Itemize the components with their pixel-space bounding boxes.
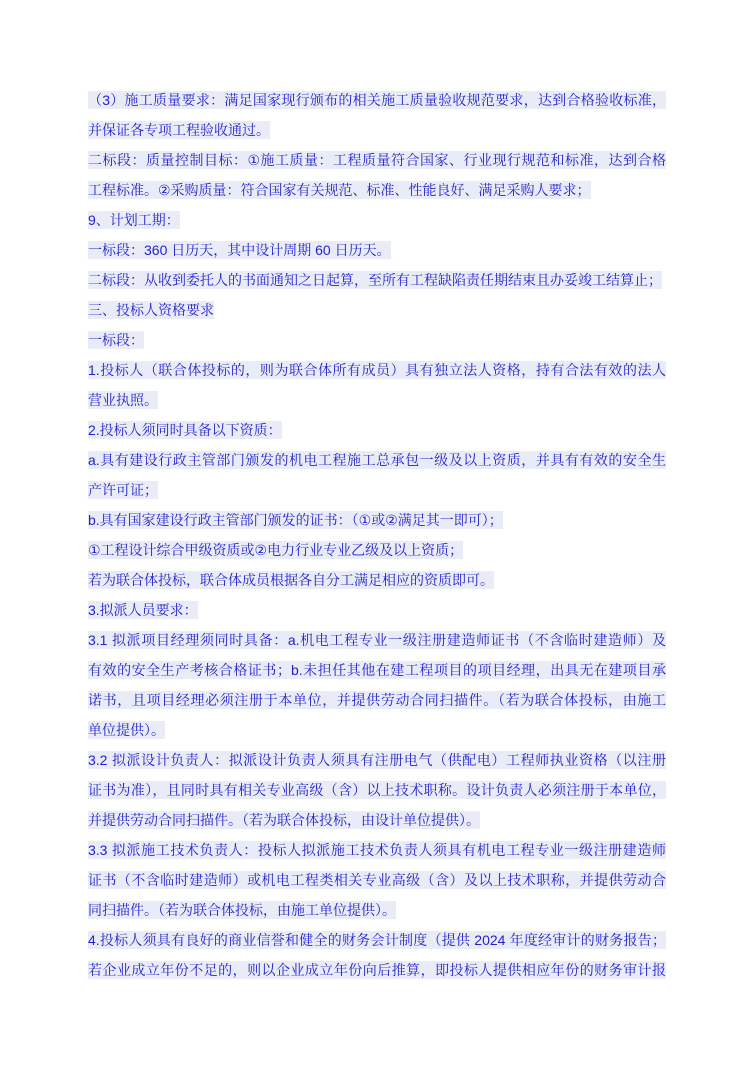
text-line-content: 1.投标人（联合体投标的，则为联合体所有成员）具有独立法人资格，持有合法有效的法…: [88, 361, 666, 379]
text-line: 诺书，且项目经理必须注册于本单位，并提供劳动合同扫描件。（若为联合体投标，由施工: [88, 685, 666, 715]
text-line-content: 若企业成立年份不足的，则以企业成立年份向后推算，即投标人提供相应年份的财务审计报: [88, 961, 666, 979]
text-line: ①工程设计综合甲级资质或②电力行业专业乙级及以上资质；: [88, 535, 666, 565]
text-line-content: a.具有建设行政主管部门颁发的机电工程施工总承包一级及以上资质，并具有有效的安全…: [88, 451, 666, 469]
text-line: 证书（不含临时建造师）或机电工程类相关专业高级（含）及以上技术职称，并提供劳动合: [88, 865, 666, 895]
text-line: 3.2 拟派设计负责人：拟派设计负责人须具有注册电气（供配电）工程师执业资格（以…: [88, 745, 666, 775]
text-line-content: 营业执照。: [88, 391, 158, 409]
text-line-content: ①工程设计综合甲级资质或②电力行业专业乙级及以上资质；: [88, 541, 463, 559]
text-line: 工程标准。②采购质量：符合国家有关规范、标准、性能良好、满足采购人要求；: [88, 175, 666, 205]
text-line-content: 证书（不含临时建造师）或机电工程类相关专业高级（含）及以上技术职称，并提供劳动合: [88, 871, 666, 889]
text-line-content: 4.投标人须具有良好的商业信誉和健全的财务会计制度（提供 2024 年度经审计的…: [88, 931, 666, 949]
text-line-content: 产许可证；: [88, 481, 158, 499]
text-line-content: 并保证各专项工程验收通过。: [88, 121, 270, 139]
text-line: 1.投标人（联合体投标的，则为联合体所有成员）具有独立法人资格，持有合法有效的法…: [88, 355, 666, 385]
text-line: 并保证各专项工程验收通过。: [88, 115, 666, 145]
text-line-content: 有效的安全生产考核合格证书；b.未担任其他在建工程项目的项目经理，出具无在建项目…: [88, 661, 666, 679]
text-line: 2.投标人须同时具备以下资质：: [88, 415, 666, 445]
text-line: 若为联合体投标，联合体成员根据各自分工满足相应的资质即可。: [88, 565, 666, 595]
text-line: 若企业成立年份不足的，则以企业成立年份向后推算，即投标人提供相应年份的财务审计报: [88, 955, 666, 985]
text-line: 二标段：从收到委托人的书面通知之日起算，至所有工程缺陷责任期结束且办妥竣工结算止…: [88, 265, 666, 295]
text-line: 一标段：: [88, 325, 666, 355]
text-line-content: 工程标准。②采购质量：符合国家有关规范、标准、性能良好、满足采购人要求；: [88, 181, 591, 199]
text-line-content: 诺书，且项目经理必须注册于本单位，并提供劳动合同扫描件。（若为联合体投标，由施工: [88, 691, 666, 709]
text-line-content: 单位提供）。: [88, 721, 165, 739]
text-line-content: 证书为准），且同时具有相关专业高级（含）以上技术职称。设计负责人必须注册于本单位…: [88, 781, 666, 799]
text-line: 三、投标人资格要求: [88, 295, 666, 325]
text-line-content: 9、计划工期：: [88, 211, 180, 229]
text-line: 产许可证；: [88, 475, 666, 505]
text-line-content: 2.投标人须同时具备以下资质：: [88, 421, 282, 439]
text-line: 9、计划工期：: [88, 205, 666, 235]
text-line-content: 同扫描件。（若为联合体投标，由施工单位提供）。: [88, 901, 396, 919]
text-line-content: 若为联合体投标，联合体成员根据各自分工满足相应的资质即可。: [88, 571, 494, 589]
text-line: （3）施工质量要求：满足国家现行颁布的相关施工质量验收规范要求，达到合格验收标准…: [88, 85, 666, 115]
text-line: 有效的安全生产考核合格证书；b.未担任其他在建工程项目的项目经理，出具无在建项目…: [88, 655, 666, 685]
text-line: 4.投标人须具有良好的商业信誉和健全的财务会计制度（提供 2024 年度经审计的…: [88, 925, 666, 955]
text-line-content: 三、投标人资格要求: [88, 301, 214, 319]
text-line-content: （3）施工质量要求：满足国家现行颁布的相关施工质量验收规范要求，达到合格验收标准…: [88, 91, 666, 109]
text-line-content: 3.1 拟派项目经理须同时具备：a.机电工程专业一级注册建造师证书（不含临时建造…: [88, 631, 666, 649]
text-line-content: 二标段：质量控制目标：①施工质量：工程质量符合国家、行业现行规范和标准，达到合格: [88, 151, 666, 169]
text-line: 单位提供）。: [88, 715, 666, 745]
text-line-content: 一标段：360 日历天，其中设计周期 60 日历天。: [88, 241, 391, 259]
text-line: 3.3 拟派施工技术负责人：投标人拟派施工技术负责人须具有机电工程专业一级注册建…: [88, 835, 666, 865]
text-line: 营业执照。: [88, 385, 666, 415]
text-line: 证书为准），且同时具有相关专业高级（含）以上技术职称。设计负责人必须注册于本单位…: [88, 775, 666, 805]
text-line: 二标段：质量控制目标：①施工质量：工程质量符合国家、行业现行规范和标准，达到合格: [88, 145, 666, 175]
text-line-content: 二标段：从收到委托人的书面通知之日起算，至所有工程缺陷责任期结束且办妥竣工结算止…: [88, 271, 662, 289]
document-page: （3）施工质量要求：满足国家现行颁布的相关施工质量验收规范要求，达到合格验收标准…: [0, 0, 753, 1067]
text-line: a.具有建设行政主管部门颁发的机电工程施工总承包一级及以上资质，并具有有效的安全…: [88, 445, 666, 475]
text-line-content: 3.3 拟派施工技术负责人：投标人拟派施工技术负责人须具有机电工程专业一级注册建…: [88, 841, 666, 859]
text-line-content: 3.2 拟派设计负责人：拟派设计负责人须具有注册电气（供配电）工程师执业资格（以…: [88, 751, 666, 769]
text-line-content: 并提供劳动合同扫描件。（若为联合体投标，由设计单位提供）。: [88, 811, 480, 829]
text-line-content: 3.拟派人员要求：: [88, 601, 198, 619]
text-line: 同扫描件。（若为联合体投标，由施工单位提供）。: [88, 895, 666, 925]
text-line: 3.拟派人员要求：: [88, 595, 666, 625]
text-line: 一标段：360 日历天，其中设计周期 60 日历天。: [88, 235, 666, 265]
text-line: 并提供劳动合同扫描件。（若为联合体投标，由设计单位提供）。: [88, 805, 666, 835]
text-line-content: 一标段：: [88, 331, 144, 349]
document-text-block: （3）施工质量要求：满足国家现行颁布的相关施工质量验收规范要求，达到合格验收标准…: [88, 85, 666, 985]
text-line: b.具有国家建设行政主管部门颁发的证书：（①或②满足其一即可）；: [88, 505, 666, 535]
text-line: 3.1 拟派项目经理须同时具备：a.机电工程专业一级注册建造师证书（不含临时建造…: [88, 625, 666, 655]
text-line-content: b.具有国家建设行政主管部门颁发的证书：（①或②满足其一即可）；: [88, 511, 503, 529]
